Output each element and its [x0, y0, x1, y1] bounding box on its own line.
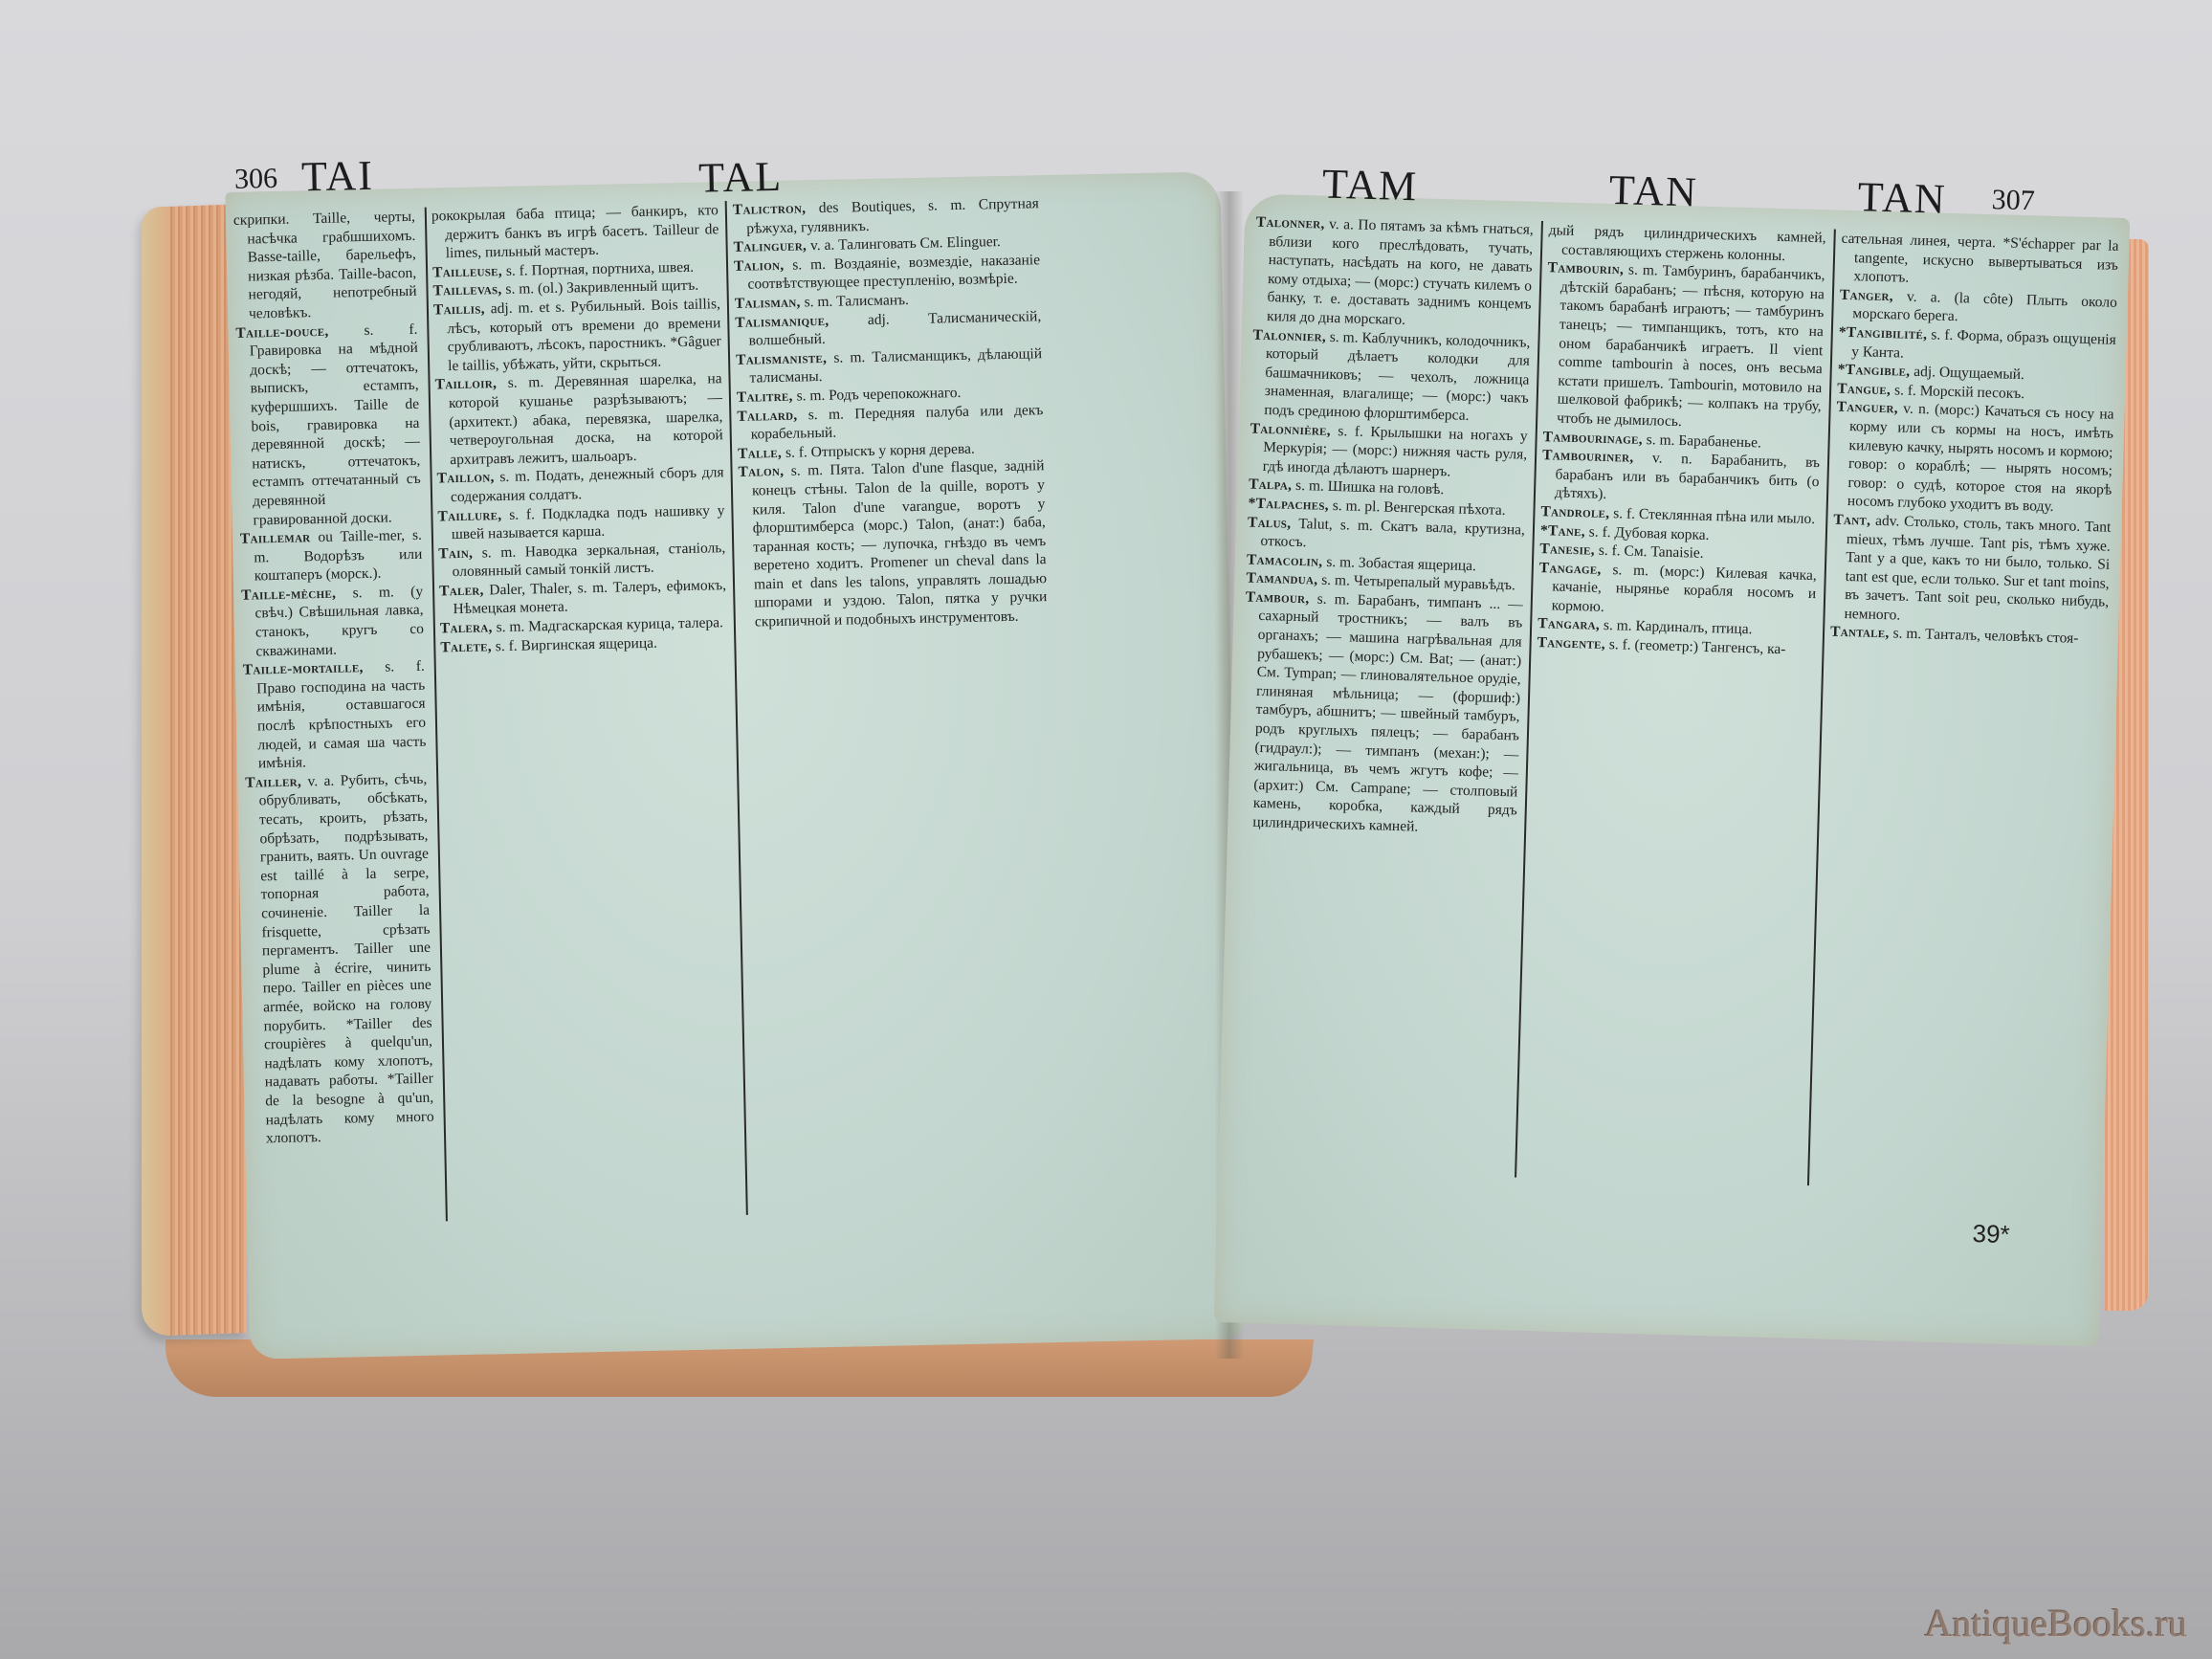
dictionary-entry: Talismaniste, s. m. Талисманщикъ, дѣлающ…	[736, 344, 1043, 388]
dictionary-entry: Tanguer, v. n. (морс:) Качаться съ носу …	[1834, 398, 2114, 519]
headword: Tangage,	[1539, 560, 1602, 578]
headword: Taille-douce,	[235, 322, 329, 341]
headword: *Tane,	[1540, 522, 1585, 540]
dictionary-entry: Talonner, v. a. По пятамъ за кѣмъ гнатьс…	[1253, 213, 1534, 334]
dictionary-entry: Taillon, s. m. Подать, денежный сборъ дл…	[436, 463, 724, 506]
headword: Taillis,	[433, 300, 485, 318]
dictionary-entry: Taler, Daler, Thaler, s. m. Талеръ, ефим…	[439, 576, 727, 619]
running-head-tan-2: TAN	[1857, 172, 1947, 224]
headword: Tanesie,	[1539, 541, 1595, 559]
dictionary-entry: Taillure, s. f. Подкладка подъ нашивку у…	[437, 501, 725, 544]
headword: Tamandua,	[1246, 570, 1317, 588]
headword: Taillon,	[436, 470, 494, 487]
dictionary-entry: Tambourin, s. m. Тамбуринъ, барабанчикъ,…	[1543, 258, 1825, 434]
dictionary-entry: Talismanique, adj. Талисманическій, волш…	[735, 307, 1042, 351]
headword: Talon,	[738, 463, 784, 480]
headword: Taillure,	[437, 507, 501, 524]
signature-mark: 39*	[1972, 1219, 2010, 1250]
headword: Talus,	[1248, 514, 1292, 531]
headword: Talisman,	[735, 294, 801, 311]
left-page: 306 TAI TAL скрипки. Taille, черты, насѣ…	[225, 171, 1244, 1360]
headword: Talonnier,	[1252, 326, 1326, 344]
headword: Tangara,	[1537, 615, 1600, 633]
dictionary-entry: Taille-mortaille, s. f. Право господина …	[243, 657, 427, 774]
headword: *Tangibilité,	[1839, 324, 1928, 343]
left-page-column-1: скрипки. Taille, черты, насѣчка грабшших…	[233, 208, 434, 1148]
dictionary-entry: Taille-mèche, s. m. (у свѣч.) Свѣшильная…	[241, 583, 425, 661]
watermark: AntiqueBooks.ru	[1925, 1601, 2187, 1646]
dictionary-entry: Talion, s. m. Воздаяніе, возмездіе, нака…	[734, 251, 1041, 295]
headword: Tambourinage,	[1542, 429, 1643, 448]
headword: *Talpaches,	[1248, 495, 1329, 513]
headword: *Tangible,	[1838, 362, 1911, 380]
headword: Talonnière,	[1250, 420, 1332, 438]
page-number-right: 307	[1991, 184, 2035, 217]
dictionary-entry: Talon, s. m. Пята. Talon d'une flasque, …	[738, 456, 1048, 631]
right-page-column-3: сательная линея, черта. *S'échapper par …	[1830, 230, 2119, 650]
headword: Taillevas,	[432, 281, 501, 299]
page-number-left: 306	[234, 163, 278, 196]
dictionary-entry: рококрылая баба птица; — банкиръ, кто де…	[431, 201, 719, 263]
headword: Taille-mortaille,	[243, 659, 364, 678]
dictionary-entry: Tambouriner, v. n. Барабанить, въ бараба…	[1541, 446, 1821, 510]
headword: Tallard,	[737, 407, 797, 424]
headword: Tambour,	[1246, 588, 1310, 607]
headword: Talismaniste,	[736, 350, 827, 368]
dictionary-entry: сательная линея, черта. *S'échapper par …	[1840, 230, 2119, 294]
headword: Tangente,	[1537, 634, 1605, 653]
dictionary-entry: скрипки. Taille, черты, насѣчка грабшших…	[233, 208, 417, 324]
headword: Taille-mèche,	[241, 586, 336, 604]
dictionary-entry: Talonnière, s. f. Крылышки на ногахъ у М…	[1249, 419, 1528, 483]
headword: Talle,	[738, 445, 782, 462]
headword: Talinguer,	[733, 237, 807, 255]
left-page-column-2: рококрылая баба птица; — банкиръ, кто де…	[431, 201, 728, 656]
dictionary-entry: Taille-douce, s. f. Гравировка на мѣдной…	[235, 320, 421, 529]
dictionary-entry: Tain, s. m. Наводка зеркальная, станіоль…	[438, 539, 726, 582]
headword: Tangue,	[1837, 380, 1891, 398]
right-page-column-1: Talonner, v. a. По пятамъ за кѣмъ гнатьс…	[1239, 213, 1534, 839]
dictionary-entry: Tailloir, s. m. Деревянная шарелка, на к…	[434, 370, 723, 470]
headword: Tanguer,	[1836, 399, 1898, 417]
headword: Talete,	[440, 638, 492, 655]
running-head-tan-1: TAN	[1608, 166, 1698, 217]
dictionary-entry: Tant, adv. Столько, столь, такъ много. T…	[1830, 511, 2111, 631]
dictionary-entry: Talonnier, s. m. Каблучникъ, колодочникъ…	[1250, 325, 1531, 427]
right-page: TAM TAN TAN 307 Talonner, v. a. По пятам…	[1214, 193, 2131, 1346]
running-head-tam: TAM	[1321, 160, 1419, 211]
headword: Tantale,	[1830, 624, 1890, 642]
dictionary-entry: Tambour, s. m. Барабанъ, тимпанъ ... — с…	[1239, 587, 1523, 839]
headword: Talera,	[440, 619, 493, 636]
dictionary-entry: Talictron, des Boutiques, s. m. Спрутная…	[733, 194, 1040, 238]
headword: Taler,	[439, 582, 484, 599]
dictionary-entry: Tailler, v. a. Рубить, сѣчь, обрубливать…	[245, 770, 434, 1149]
dictionary-entry: Tangage, s. m. (морс:) Килевая качка, ка…	[1537, 559, 1817, 623]
headword: Talismanique,	[735, 312, 829, 330]
headword: Tanger,	[1840, 286, 1893, 304]
headword: Tambouriner,	[1542, 447, 1634, 466]
headword: Tandrole,	[1540, 503, 1609, 521]
dictionary-entry: Taillis, adj. m. et s. Рубильный. Bois t…	[433, 295, 722, 376]
dictionary-entry: Tallard, s. m. Передняя палуба или декъ …	[737, 401, 1044, 445]
headword: Taillemar	[240, 529, 311, 547]
headword: Talion,	[734, 257, 785, 275]
photo-scene: 306 TAI TAL скрипки. Taille, черты, насѣ…	[0, 0, 2212, 1659]
headword: Tailler,	[245, 773, 301, 790]
headword: Tailloir,	[434, 375, 497, 392]
headword: Tant,	[1833, 512, 1870, 529]
headword: Talictron,	[733, 200, 807, 218]
headword: Tailleuse,	[432, 263, 502, 281]
running-head-tai: TAI	[300, 151, 374, 202]
headword: Tain,	[438, 544, 473, 562]
left-page-column-3: Talictron, des Boutiques, s. m. Спрутная…	[733, 194, 1048, 631]
headword: Talpa,	[1249, 476, 1293, 494]
headword: Tambourin,	[1547, 259, 1624, 277]
dictionary-entry: Taillemar ou Taille-mer, s. m. Водорѣзъ …	[240, 526, 423, 586]
headword: Talitre,	[737, 388, 793, 406]
headword: Tamacolin,	[1247, 551, 1323, 569]
right-page-column-2: дый рядъ цилиндрическихъ камней, составл…	[1537, 221, 1825, 660]
headword: Talonner,	[1256, 214, 1325, 232]
running-head-tal-1: TAL	[698, 152, 784, 203]
